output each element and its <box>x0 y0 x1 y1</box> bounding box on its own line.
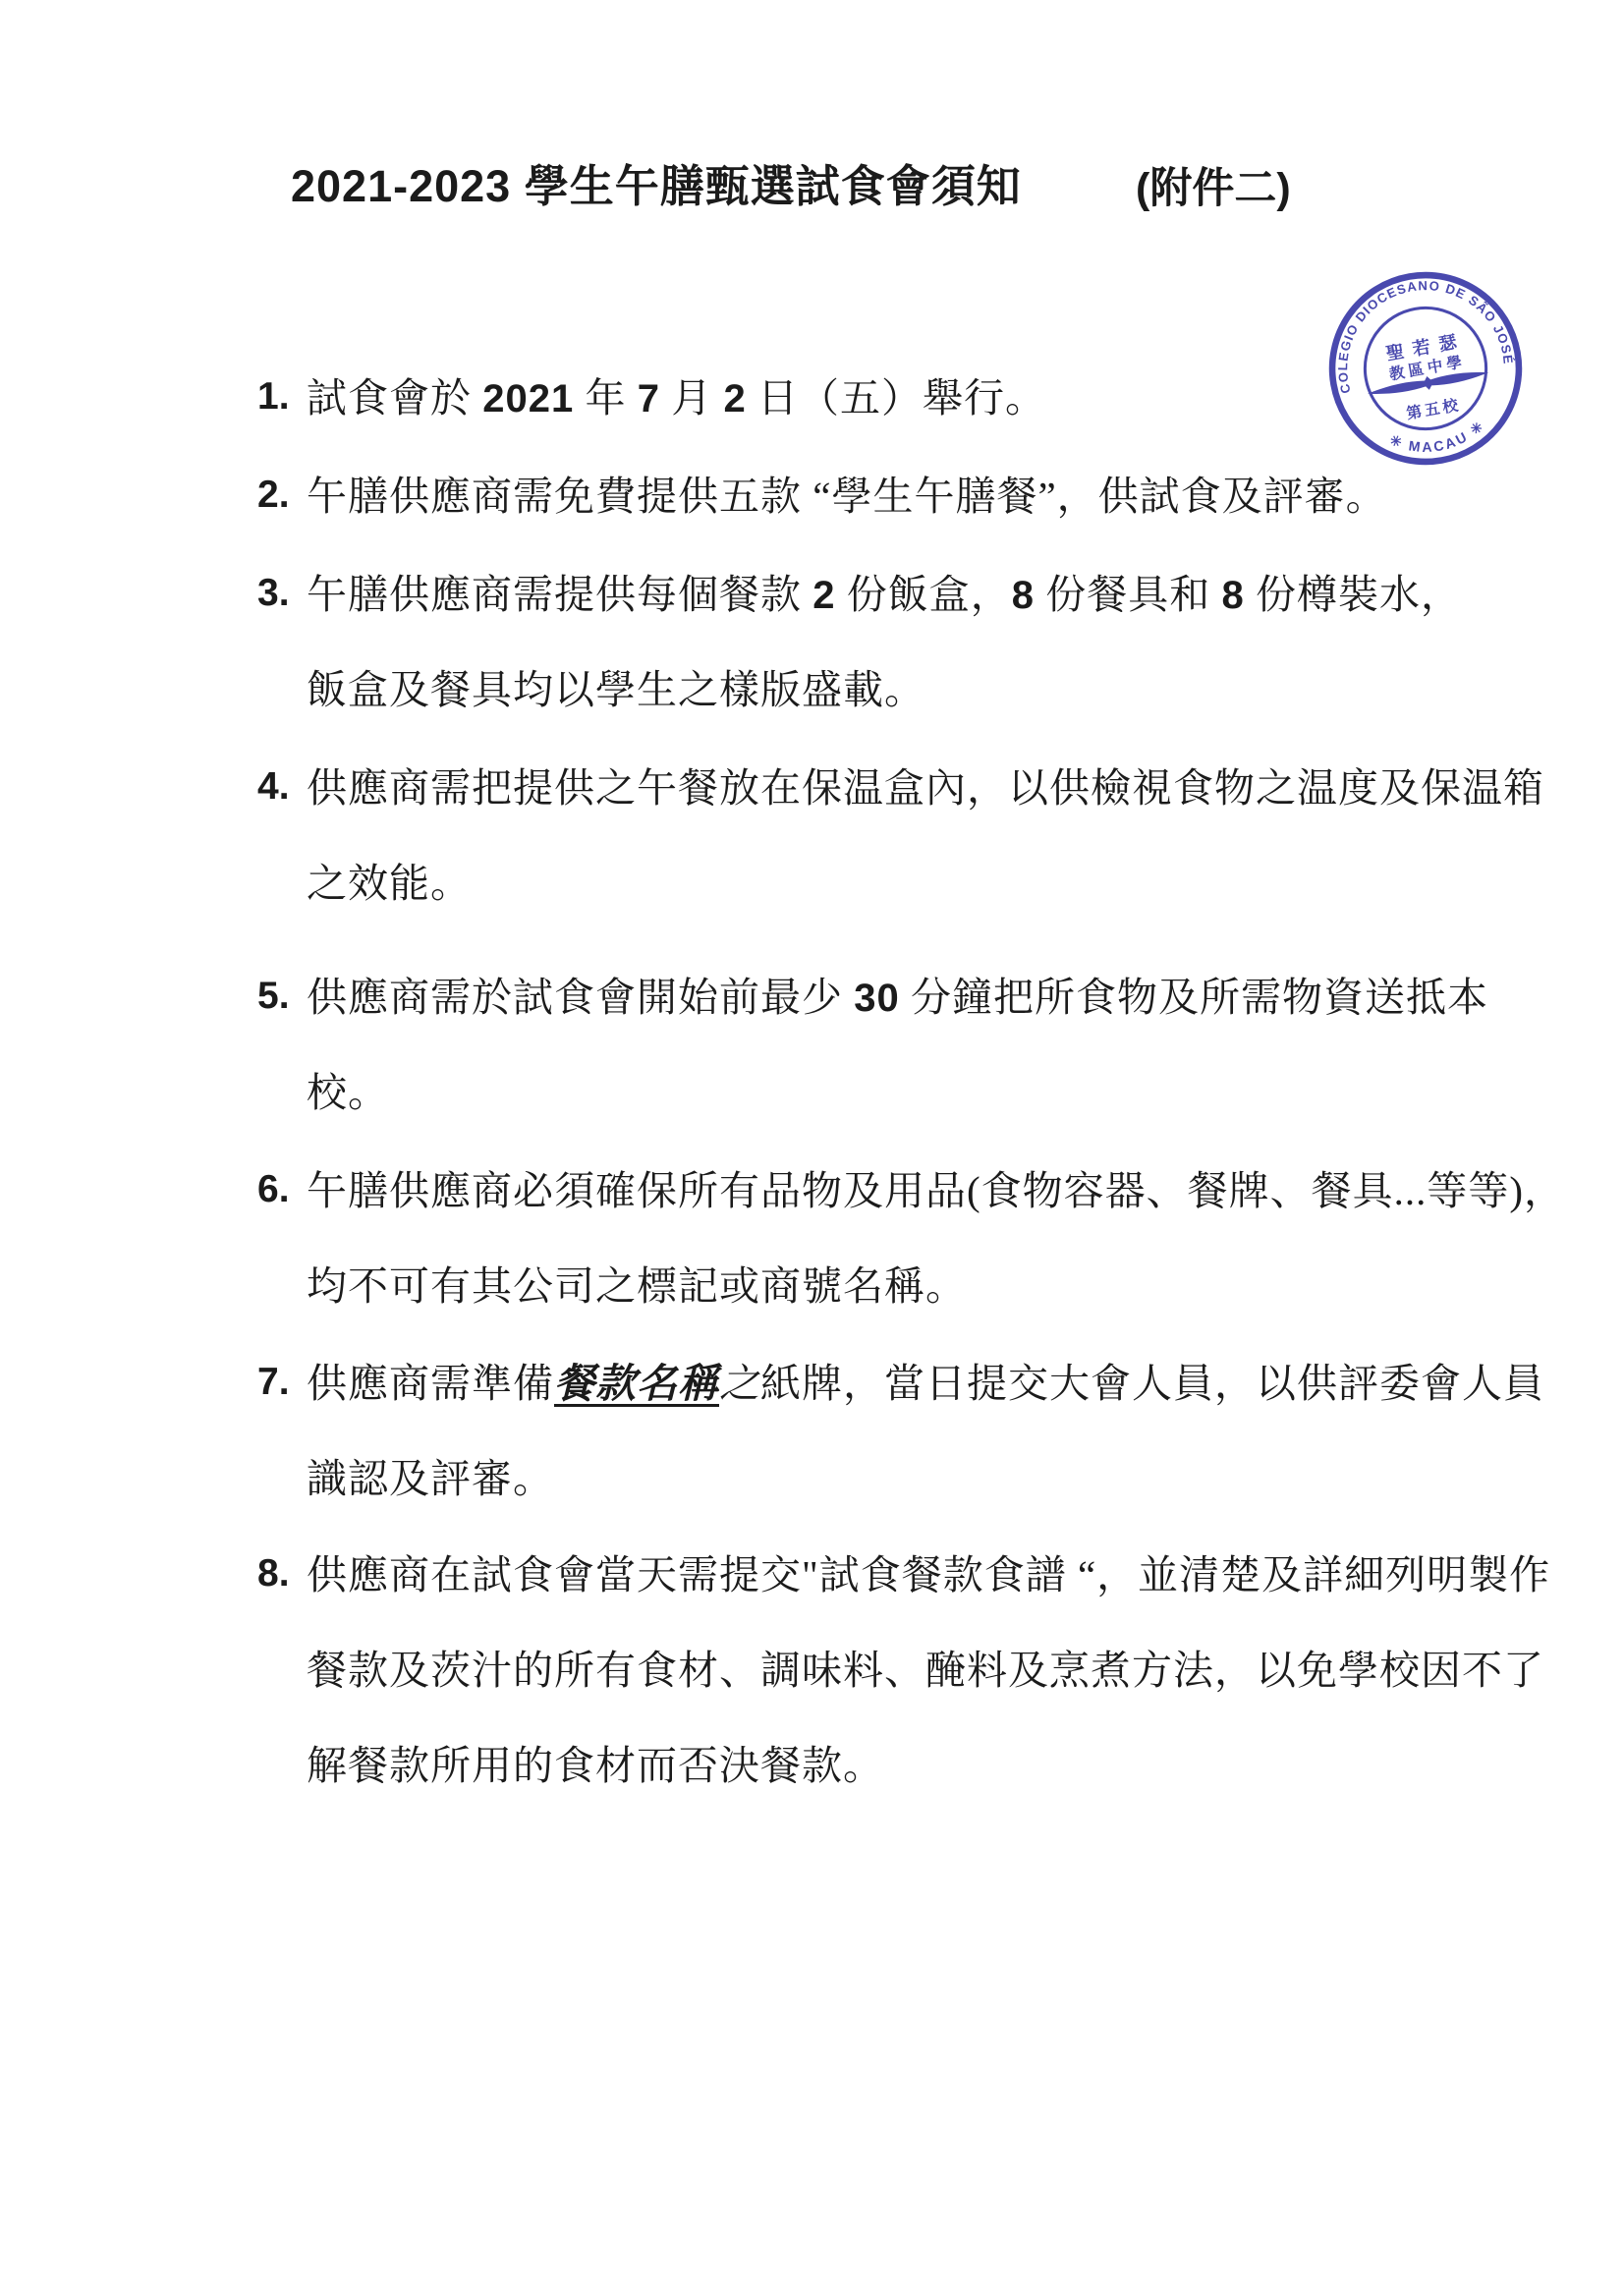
text-segment: 8 <box>1012 574 1035 617</box>
text-segment: 均不可有其公司之標記或商號名稱。 <box>307 1263 967 1309</box>
item-lines: 供應商需把提供之午餐放在保温盒內，以供檢視食物之温度及保温箱之效能。 <box>307 764 1485 955</box>
list-item: 7. 供應商需準備餐款名稱之紙牌，當日提交大會人員，以供評委會人員識認及評審。 <box>257 1360 1485 1550</box>
text-segment: 供應商在試食會當天需提交"試食餐款食譜 “，並清楚及詳細列明製作 <box>307 1552 1550 1597</box>
list-item: 2. 午膳供應商需免費提供五款 “學生午膳餐”，供試食及評審。 <box>257 473 1485 568</box>
item-number: 8. <box>257 1551 290 1596</box>
item-line: 供應商需於試食會開始前最少 30 分鐘把所食物及所需物資送抵本 <box>307 974 1485 1069</box>
item-line: 午膳供應商需提供每個餐款 2 份飯盒，8 份餐具和 8 份樽裝水， <box>307 571 1485 666</box>
text-segment: 解餐款所用的食材而否決餐款。 <box>307 1743 884 1788</box>
list-item: 3. 午膳供應商需提供每個餐款 2 份飯盒，8 份餐具和 8 份樽裝水，飯盒及餐… <box>257 571 1485 761</box>
item-line: 飯盒及餐具均以學生之樣版盛載。 <box>307 666 1485 761</box>
text-segment: 2 <box>723 377 746 420</box>
page: 2021-2023 學生午膳甄選試食會須知 (附件二) COLEGIO DIOC… <box>0 0 1624 2296</box>
item-lines: 午膳供應商必須確保所有品物及用品(食物容器、餐牌、餐具...等等)，均不可有其公… <box>307 1167 1485 1358</box>
text-segment: 之效能。 <box>307 861 472 906</box>
item-number: 6. <box>257 1167 290 1212</box>
text-segment: 試食會於 <box>307 375 482 420</box>
text-segment: 份飯盒， <box>836 572 1012 617</box>
text-segment: 紙牌，當日提交大會人員，以供評委會人員 <box>760 1361 1544 1406</box>
item-lines: 供應商在試食會當天需提交"試食餐款食譜 “，並清楚及詳細列明製作餐款及茨汁的所有… <box>307 1551 1485 1837</box>
item-lines: 午膳供應商需免費提供五款 “學生午膳餐”，供試食及評審。 <box>307 473 1485 568</box>
item-number: 7. <box>257 1360 290 1405</box>
item-line: 供應商在試食會當天需提交"試食餐款食譜 “，並清楚及詳細列明製作 <box>307 1551 1485 1647</box>
item-line: 午膳供應商必須確保所有品物及用品(食物容器、餐牌、餐具...等等)， <box>307 1167 1485 1262</box>
item-line: 識認及評審。 <box>307 1455 1485 1550</box>
text-segment: 供應商需把提供之午餐放在保温盒內，以供檢視食物之温度及保温箱 <box>307 765 1544 811</box>
item-number: 5. <box>257 974 290 1019</box>
item-line: 午膳供應商需免費提供五款 “學生午膳餐”，供試食及評審。 <box>307 473 1485 568</box>
text-segment: 分鐘把所食物及所需物資送抵本 <box>900 975 1488 1020</box>
text-segment: 午膳供應商需免費提供五款 “學生午膳餐”，供試食及評審。 <box>307 474 1387 519</box>
list-item: 4. 供應商需把提供之午餐放在保温盒內，以供檢視食物之温度及保温箱之效能。 <box>257 764 1485 955</box>
notice-list: 1. 試食會於 2021 年 7 月 2 日（五）舉行。 2. 午膳供應商需免費… <box>0 0 1624 2296</box>
text-segment: 餐款名稱 <box>554 1361 719 1406</box>
text-segment: 餐款及茨汁的所有食材、調味料、醃料及烹煮方法，以免學校因不了 <box>307 1648 1544 1693</box>
item-number: 4. <box>257 764 290 810</box>
text-segment: 7 <box>638 377 660 420</box>
list-item: 1. 試食會於 2021 年 7 月 2 日（五）舉行。 <box>257 374 1485 470</box>
text-segment: 份樽裝水， <box>1245 572 1462 617</box>
item-line: 均不可有其公司之標記或商號名稱。 <box>307 1262 1485 1358</box>
text-segment: 2 <box>812 574 835 617</box>
text-segment: 校。 <box>307 1070 389 1115</box>
text-segment: 份餐具和 <box>1035 572 1222 617</box>
item-line: 校。 <box>307 1069 1485 1164</box>
item-line: 試食會於 2021 年 7 月 2 日（五）舉行。 <box>307 374 1485 470</box>
text-segment: 8 <box>1222 574 1245 617</box>
text-segment: 2021 <box>482 377 574 420</box>
text-segment: 供應商需於試食會開始前最少 <box>307 975 854 1020</box>
item-number: 3. <box>257 571 290 616</box>
list-item: 6. 午膳供應商必須確保所有品物及用品(食物容器、餐牌、餐具...等等)，均不可… <box>257 1167 1485 1358</box>
text-segment: 30 <box>854 977 900 1020</box>
item-line: 之效能。 <box>307 860 1485 955</box>
item-lines: 午膳供應商需提供每個餐款 2 份飯盒，8 份餐具和 8 份樽裝水，飯盒及餐具均以… <box>307 571 1485 761</box>
text-segment: 之 <box>719 1361 760 1406</box>
text-segment: 年 <box>574 375 638 420</box>
item-number: 1. <box>257 374 290 420</box>
text-segment: 飯盒及餐具均以學生之樣版盛載。 <box>307 667 925 712</box>
text-segment: 供應商需準備 <box>307 1361 554 1406</box>
item-line: 供應商需把提供之午餐放在保温盒內，以供檢視食物之温度及保温箱 <box>307 764 1485 860</box>
item-lines: 試食會於 2021 年 7 月 2 日（五）舉行。 <box>307 374 1485 470</box>
item-number: 2. <box>257 473 290 518</box>
item-lines: 供應商需於試食會開始前最少 30 分鐘把所食物及所需物資送抵本校。 <box>307 974 1485 1164</box>
item-line: 餐款及茨汁的所有食材、調味料、醃料及烹煮方法，以免學校因不了 <box>307 1647 1485 1742</box>
item-lines: 供應商需準備餐款名稱之紙牌，當日提交大會人員，以供評委會人員識認及評審。 <box>307 1360 1485 1550</box>
text-segment: 日（五）舉行。 <box>747 375 1046 420</box>
text-segment: 午膳供應商需提供每個餐款 <box>307 572 812 617</box>
list-item: 8. 供應商在試食會當天需提交"試食餐款食譜 “，並清楚及詳細列明製作餐款及茨汁… <box>257 1551 1485 1837</box>
item-line: 供應商需準備餐款名稱之紙牌，當日提交大會人員，以供評委會人員 <box>307 1360 1485 1455</box>
item-line: 解餐款所用的食材而否決餐款。 <box>307 1742 1485 1837</box>
text-segment: 月 <box>660 375 724 420</box>
text-segment: 午膳供應商必須確保所有品物及用品(食物容器、餐牌、餐具...等等)， <box>307 1168 1565 1213</box>
list-item: 5. 供應商需於試食會開始前最少 30 分鐘把所食物及所需物資送抵本校。 <box>257 974 1485 1164</box>
text-segment: 識認及評審。 <box>307 1456 554 1501</box>
